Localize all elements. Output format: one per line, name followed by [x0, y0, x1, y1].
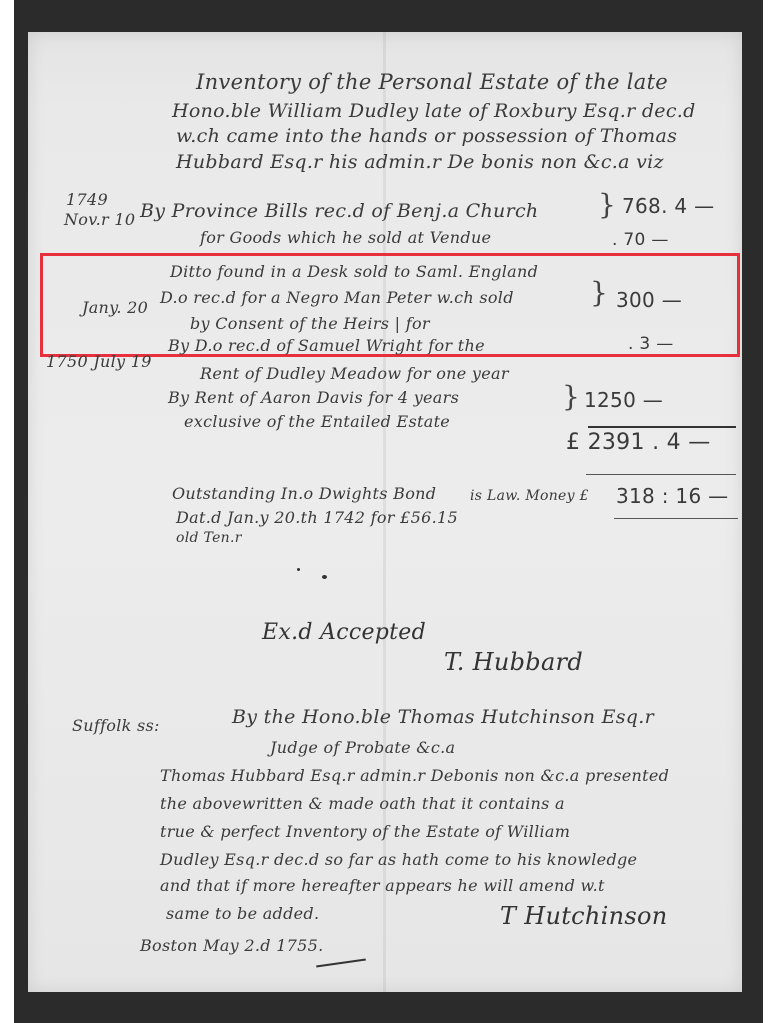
- hutchinson-signature: T Hutchinson: [500, 902, 668, 930]
- entry-line: by Consent of the Heirs | for: [190, 314, 430, 333]
- total-rule: [588, 426, 736, 428]
- jurat-line: and that if more hereafter appears he wi…: [160, 876, 605, 895]
- entry-date: Nov.r 10: [64, 210, 135, 229]
- jurat-line: same to be added.: [166, 904, 319, 923]
- entry-line: By Province Bills rec.d of Benj.a Church: [140, 200, 538, 222]
- ink-blot: [322, 575, 327, 579]
- entry-line: Rent of Dudley Meadow for one year: [200, 364, 509, 383]
- place-date: Boston May 2.d 1755.: [140, 936, 324, 955]
- brace: }: [562, 380, 580, 413]
- outstanding-amount: 318 : 16 —: [616, 484, 728, 508]
- jurat-line: Dudley Esq.r dec.d so far as hath come t…: [160, 850, 637, 869]
- jurat-line: By the Hono.ble Thomas Hutchinson Esq.r: [232, 706, 654, 728]
- entry-amount: . 70 —: [612, 230, 669, 250]
- entry-line: for Goods which he sold at Vendue: [200, 228, 491, 247]
- entry-amount: . 3 —: [628, 334, 674, 354]
- entry-line: D.o rec.d for a Negro Man Peter w.ch sol…: [160, 288, 514, 307]
- entry-date: 1750 July 19: [46, 352, 152, 371]
- heading-line-4: Hubbard Esq.r his admin.r De bonis non &…: [176, 151, 664, 173]
- entry-line: Ditto found in a Desk sold to Saml. Engl…: [170, 262, 538, 281]
- entry-year: 1749: [66, 190, 108, 209]
- entry-line: By D.o rec.d of Samuel Wright for the: [168, 336, 485, 355]
- entry-amount: 300 —: [616, 288, 682, 312]
- heading-line-1: Inventory of the Personal Estate of the …: [196, 70, 668, 94]
- brace: }: [598, 188, 616, 221]
- outstanding-note: is Law. Money £: [470, 488, 589, 504]
- total-amount: £ 2391 . 4 —: [566, 430, 711, 455]
- heading-line-2: Hono.ble William Dudley late of Roxbury …: [172, 100, 696, 122]
- jurat-line: true & perfect Inventory of the Estate o…: [160, 822, 570, 841]
- entry-amount: 768. 4 —: [622, 194, 714, 218]
- heading-line-3: w.ch came into the hands or possession o…: [176, 125, 677, 147]
- jurat-line: the abovewritten & made oath that it con…: [160, 794, 565, 813]
- entry-amount: 1250 —: [584, 388, 663, 412]
- ink-blot: [297, 568, 300, 571]
- brace: }: [590, 276, 608, 309]
- outstanding-line: old Ten.r: [176, 530, 242, 546]
- outstanding-line: Dat.d Jan.y 20.th 1742 for £56.15: [176, 508, 458, 527]
- jurat-line: Judge of Probate &c.a: [270, 738, 455, 757]
- entry-line: By Rent of Aaron Davis for 4 years: [168, 388, 459, 407]
- entry-date: Jany. 20: [82, 298, 148, 317]
- jurat-line: Thomas Hubbard Esq.r admin.r Debonis non…: [160, 766, 669, 785]
- hubbard-signature: T. Hubbard: [444, 648, 583, 676]
- outstanding-line: Outstanding In.o Dwights Bond: [172, 484, 436, 503]
- examined-note: Ex.d Accepted: [262, 620, 426, 645]
- entry-line: exclusive of the Entailed Estate: [184, 412, 450, 431]
- county: Suffolk ss:: [72, 716, 160, 735]
- rule: [614, 518, 738, 519]
- rule: [586, 474, 736, 475]
